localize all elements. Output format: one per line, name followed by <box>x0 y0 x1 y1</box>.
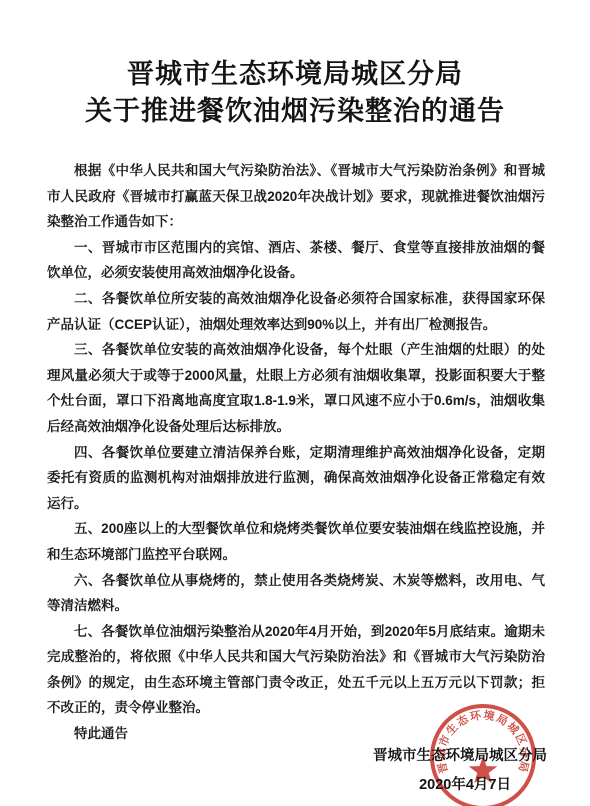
document-title-line-2: 关于推进餐饮油烟污染整治的通告 <box>0 93 590 130</box>
seal-star-icon <box>469 756 498 783</box>
intro-paragraph: 根据《中华人民共和国大气污染防治法》、《晋城市大气污染防治条例》和晋城市人民政府… <box>47 158 545 235</box>
notice-item-5: 五、200座以上的大型餐饮单位和烧烤类餐饮单位要安装油烟在线监控设施，并和生态环… <box>47 516 545 567</box>
document-title-line-1: 晋城市生态环境局城区分局 <box>0 56 590 93</box>
signature-date: 2020年4月7日 <box>419 773 511 794</box>
notice-document-page: 晋城市生态环境局城区分局 关于推进餐饮油烟污染整治的通告 根据《中华人民共和国大… <box>0 0 590 806</box>
notice-item-6: 六、各餐饮单位从事烧烤的，禁止使用各类烧烤炭、木炭等燃料，改用电、气等清洁燃料。 <box>47 568 545 619</box>
closing-line: 特此通告 <box>47 721 545 747</box>
document-body: 根据《中华人民共和国大气污染防治法》、《晋城市大气污染防治条例》和晋城市人民政府… <box>0 158 590 747</box>
notice-item-4: 四、各餐饮单位要建立清洁保养台账，定期清理维护高效油烟净化设备，定期委托有资质的… <box>47 440 545 517</box>
notice-item-7: 七、各餐饮单位油烟污染整治从2020年4月开始，到2020年5月底结束。逾期未完… <box>47 619 545 721</box>
notice-item-2: 二、各餐饮单位所安装的高效油烟净化设备必须符合国家标准，获得国家环保产品认证（C… <box>47 286 545 337</box>
notice-item-3: 三、各餐饮单位安装的高效油烟净化设备，每个灶眼（产生油烟的灶眼）的处理风量必须大… <box>47 337 545 439</box>
document-title: 晋城市生态环境局城区分局 关于推进餐饮油烟污染整治的通告 <box>0 56 590 130</box>
signature-agency: 晋城市生态环境局城区分局 <box>373 744 547 765</box>
notice-item-1: 一、晋城市市区范围内的宾馆、酒店、茶楼、餐厅、食堂等直接排放油烟的餐饮单位，必须… <box>47 235 545 286</box>
